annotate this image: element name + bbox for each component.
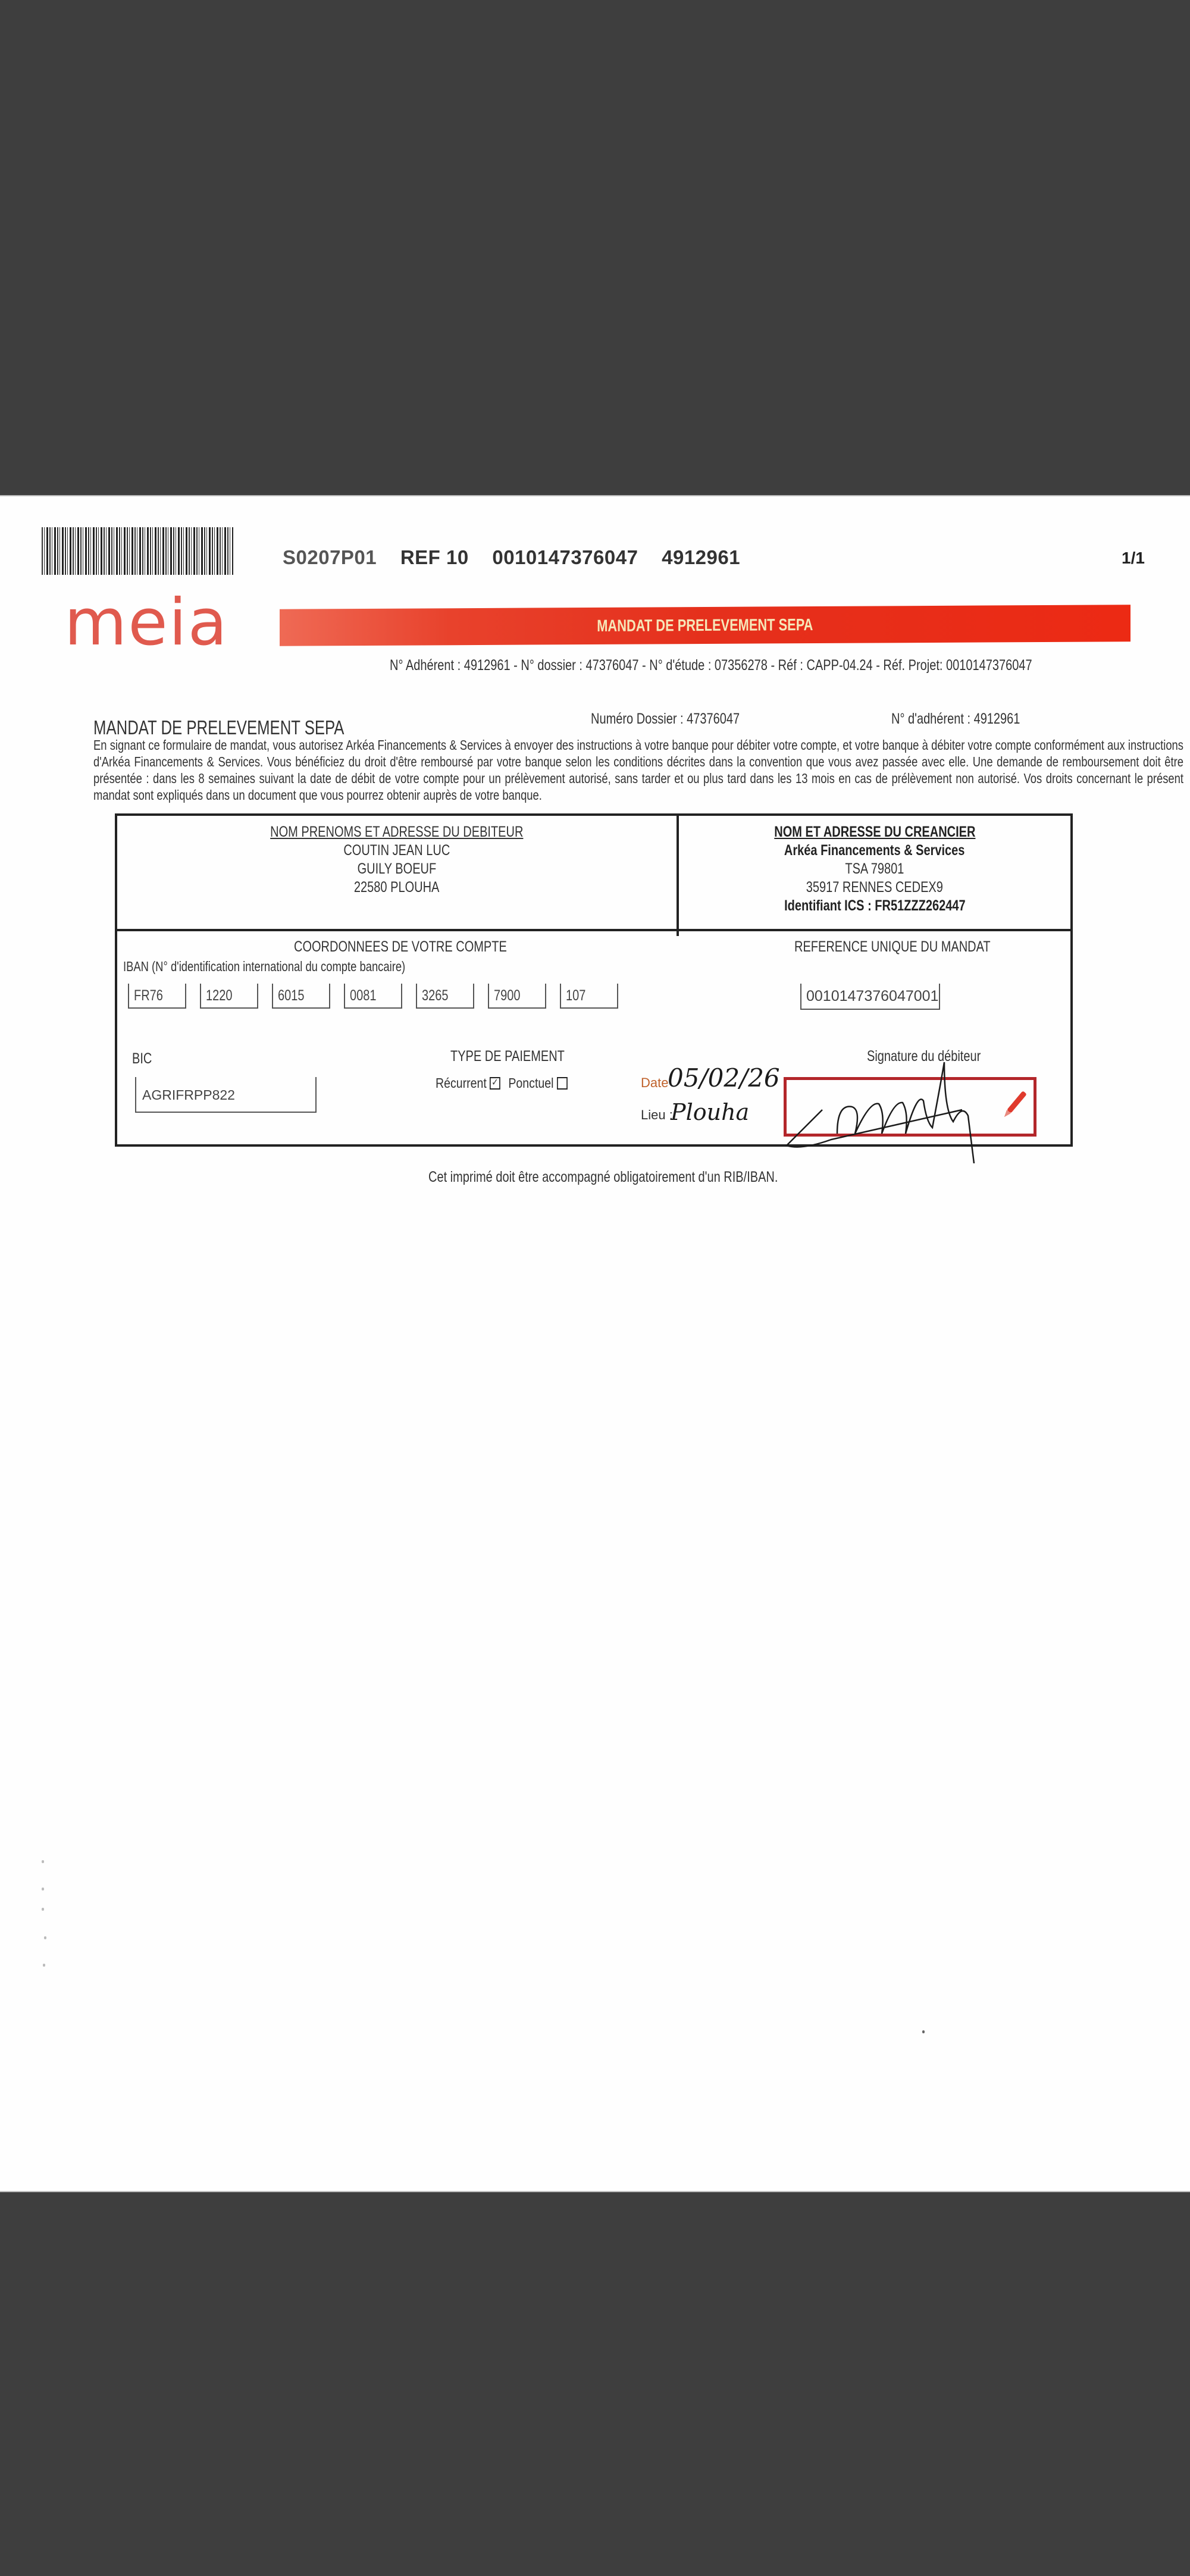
payment-type-heading: TYPE DE PAIEMENT bbox=[450, 1048, 565, 1065]
creditor-heading: NOM ET ADRESSE DU CREANCIER bbox=[774, 823, 975, 841]
debtor-city: 22580 PLOUHA bbox=[354, 878, 439, 897]
creditor-ics: Identifiant ICS : FR51ZZZ262447 bbox=[784, 897, 966, 915]
debtor-section: NOM PRENOMS ET ADRESSE DU DEBITEUR COUTI… bbox=[117, 816, 679, 936]
recurrent-checkbox[interactable]: ✓ bbox=[490, 1077, 500, 1090]
ponctuel-checkbox[interactable] bbox=[557, 1077, 568, 1090]
legal-text: En signant ce formulaire de mandat, vous… bbox=[93, 737, 1183, 803]
scan-speck bbox=[42, 1860, 44, 1863]
footer-note: Cet imprimé doit être accompagné obligat… bbox=[428, 1169, 778, 1186]
creditor-name: Arkéa Financements & Services bbox=[784, 841, 964, 860]
scan-speck bbox=[922, 2030, 925, 2033]
date-handwritten[interactable]: 05/02/26 bbox=[668, 1063, 780, 1093]
banner-title: MANDAT DE PRELEVEMENT SEPA bbox=[597, 615, 813, 636]
creditor-address: TSA 79801 bbox=[845, 860, 904, 878]
bic-label: BIC bbox=[132, 1050, 152, 1068]
ref-segment: REF 10 bbox=[400, 546, 469, 568]
mandate-reference-field[interactable]: 0010147376047001 bbox=[800, 984, 940, 1010]
lieu-label: Lieu : bbox=[641, 1107, 673, 1123]
payment-type-options: Récurrent ✓ Ponctuel bbox=[436, 1075, 572, 1091]
dossier-number: Numéro Dossier : 47376047 bbox=[591, 710, 740, 728]
ref-segment: S0207P01 bbox=[283, 546, 377, 568]
scan-speck bbox=[43, 1964, 45, 1967]
meia-logo: meia bbox=[64, 586, 228, 660]
bic-field[interactable]: AGRIFRPP822 bbox=[135, 1077, 317, 1113]
mandate-ref-heading: REFERENCE UNIQUE DU MANDAT bbox=[794, 938, 991, 956]
adherent-number: N° d'adhérent : 4912961 bbox=[891, 710, 1020, 728]
iban-fields: FR76 1220 6015 0081 3265 7900 107 bbox=[128, 984, 618, 1009]
scanned-document-page: S0207P01 REF 10 0010147376047 4912961 1/… bbox=[0, 495, 1190, 2192]
pen-icon bbox=[1002, 1091, 1027, 1119]
reference-line: S0207P01 REF 10 0010147376047 4912961 bbox=[283, 546, 758, 569]
page-number: 1/1 bbox=[1122, 549, 1145, 568]
scan-speck bbox=[42, 1908, 44, 1911]
debtor-heading: NOM PRENOMS ET ADRESSE DU DEBITEUR bbox=[270, 823, 523, 841]
document-title: MANDAT DE PRELEVEMENT SEPA bbox=[93, 716, 344, 739]
mandate-form: NOM PRENOMS ET ADRESSE DU DEBITEUR COUTI… bbox=[115, 813, 1073, 1147]
creditor-section: NOM ET ADRESSE DU CREANCIER Arkéa Financ… bbox=[679, 816, 1070, 936]
debtor-name: COUTIN JEAN LUC bbox=[344, 841, 450, 860]
title-banner: MANDAT DE PRELEVEMENT SEPA bbox=[280, 605, 1130, 646]
iban-group-field[interactable]: 0081 bbox=[344, 984, 402, 1009]
recurrent-label: Récurrent bbox=[436, 1075, 487, 1091]
iban-group-field[interactable]: 3265 bbox=[416, 984, 474, 1009]
parties-row: NOM PRENOMS ET ADRESSE DU DEBITEUR COUTI… bbox=[117, 816, 1070, 931]
iban-group-field[interactable]: 7900 bbox=[488, 984, 546, 1009]
account-heading: COORDONNEES DE VOTRE COMPTE bbox=[294, 938, 507, 956]
ref-segment: 4912961 bbox=[662, 546, 740, 568]
ref-segment: 0010147376047 bbox=[492, 546, 638, 568]
creditor-city: 35917 RENNES CEDEX9 bbox=[806, 878, 943, 897]
barcode bbox=[42, 527, 233, 575]
iban-label: IBAN (N° d'identification international … bbox=[123, 959, 405, 975]
scan-speck bbox=[44, 1936, 46, 1939]
scan-speck bbox=[42, 1888, 44, 1890]
lieu-handwritten[interactable]: Plouha bbox=[671, 1099, 749, 1125]
iban-group-field[interactable]: FR76 bbox=[128, 984, 186, 1009]
date-label: Date bbox=[641, 1075, 668, 1091]
meta-line: N° Adhérent : 4912961 - N° dossier : 473… bbox=[390, 657, 1032, 674]
iban-group-field[interactable]: 1220 bbox=[200, 984, 258, 1009]
debtor-address: GUILY BOEUF bbox=[358, 860, 437, 878]
account-section: COORDONNEES DE VOTRE COMPTE REFERENCE UN… bbox=[117, 931, 1070, 1145]
iban-group-field[interactable]: 107 bbox=[560, 984, 618, 1009]
iban-group-field[interactable]: 6015 bbox=[272, 984, 330, 1009]
ponctuel-label: Ponctuel bbox=[508, 1075, 553, 1091]
signature-scribble bbox=[766, 1044, 1075, 1163]
